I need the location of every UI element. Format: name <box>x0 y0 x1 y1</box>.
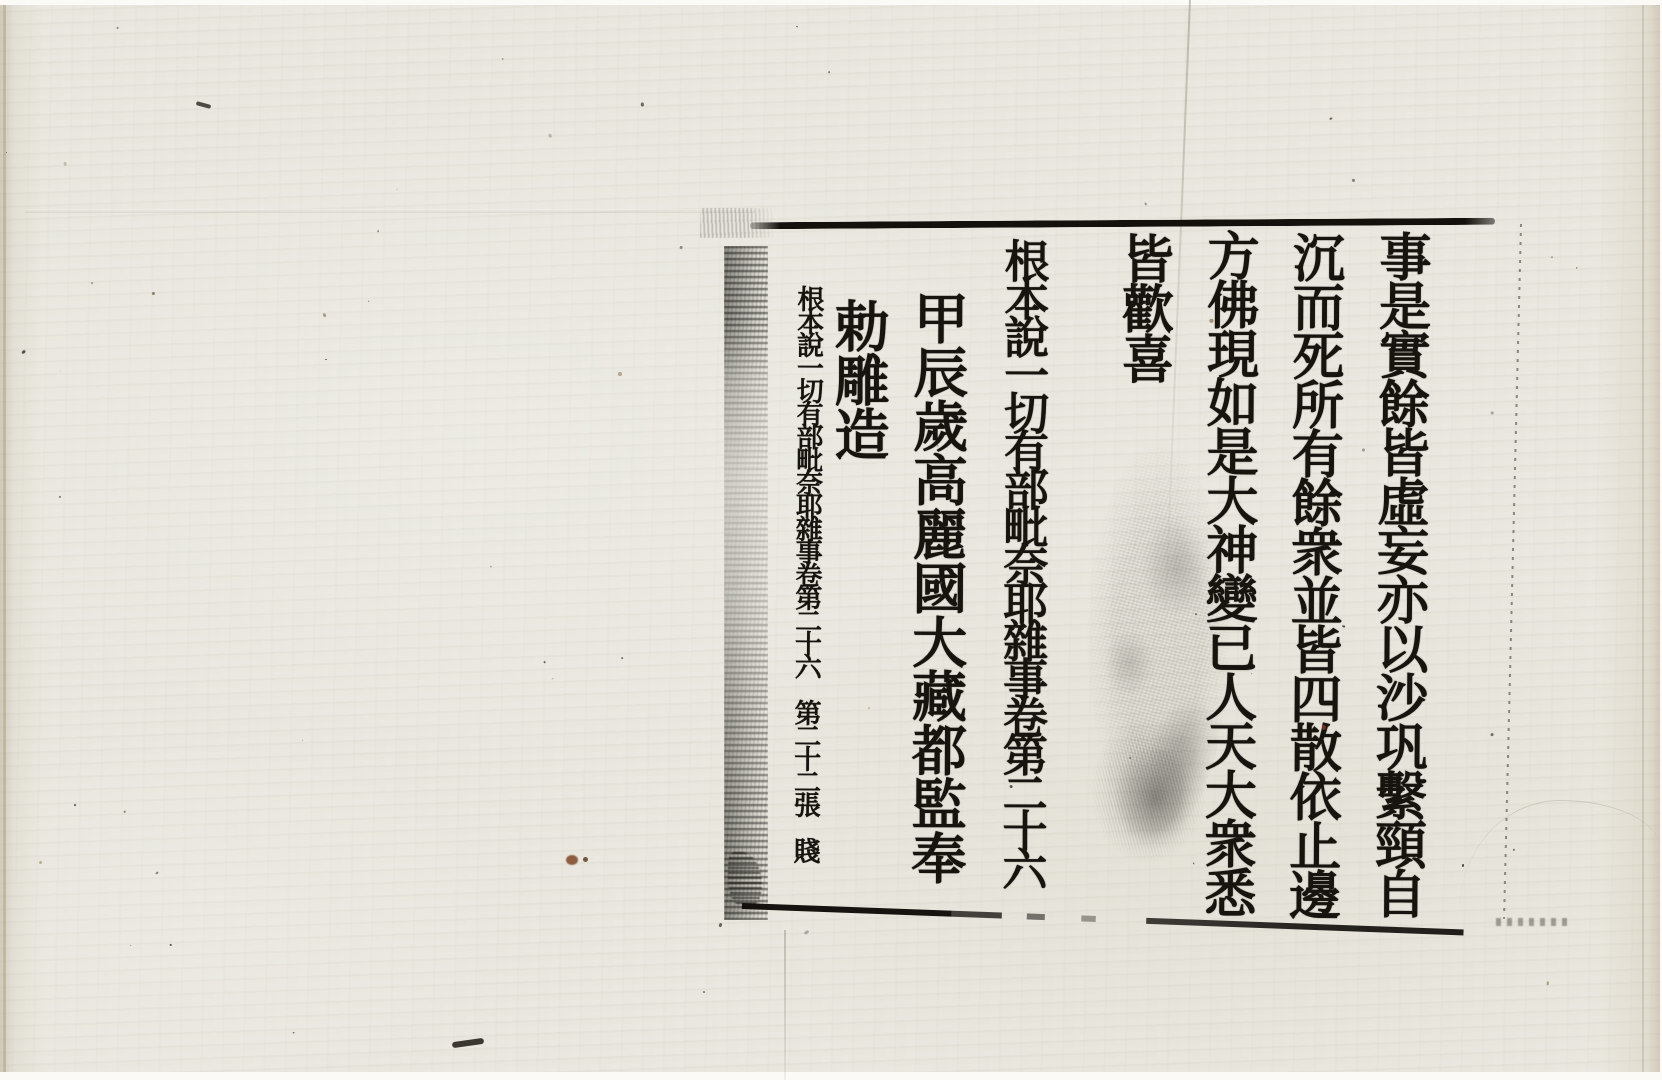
colophon-column-1: 甲辰歲高麗國大藏都監奉 <box>895 290 977 884</box>
red-brown-stain <box>566 855 578 865</box>
block-border-right <box>1503 224 1522 919</box>
colophon-column-2: 勅雕造 <box>819 298 898 460</box>
red-brown-stain-small <box>583 857 588 862</box>
block-border-top <box>750 218 1495 230</box>
printed-text-block: 事是實餘皆虛妄亦以沙巩繫頸自 沉而死所有餘衆並皆四散依止邊 方佛現如是大神變已人… <box>700 200 1580 1000</box>
binding-edge-left <box>3 5 6 1072</box>
ink-smear-left-edge <box>724 246 768 920</box>
text-column-1: 事是實餘皆虛妄亦以沙巩繫頸自 <box>1358 230 1438 917</box>
block-border-bottom <box>742 903 1464 935</box>
ink-smudge-bottom-right <box>1496 918 1568 926</box>
text-column-2: 沉而死所有餘衆並皆四散依止邊 <box>1272 231 1351 917</box>
tiny-red-dot <box>1322 725 1326 730</box>
end-title-column: 根本說一切有部毗奈耶雜事卷第二十六 <box>988 238 1055 884</box>
margin-label-column: 根本說一切有部毗奈耶雜事卷第二十六 第二十二張 賤 <box>784 285 827 860</box>
text-column-4: 皆歡喜 <box>1106 232 1181 382</box>
ink-smear-top-left <box>700 208 776 238</box>
text-column-3: 方佛現如是大神變已人天大衆悉 <box>1188 229 1267 915</box>
page-edge-right <box>1642 5 1644 1072</box>
scanned-page: { "document": { "main_text_columns": [ "… <box>0 0 1662 1080</box>
